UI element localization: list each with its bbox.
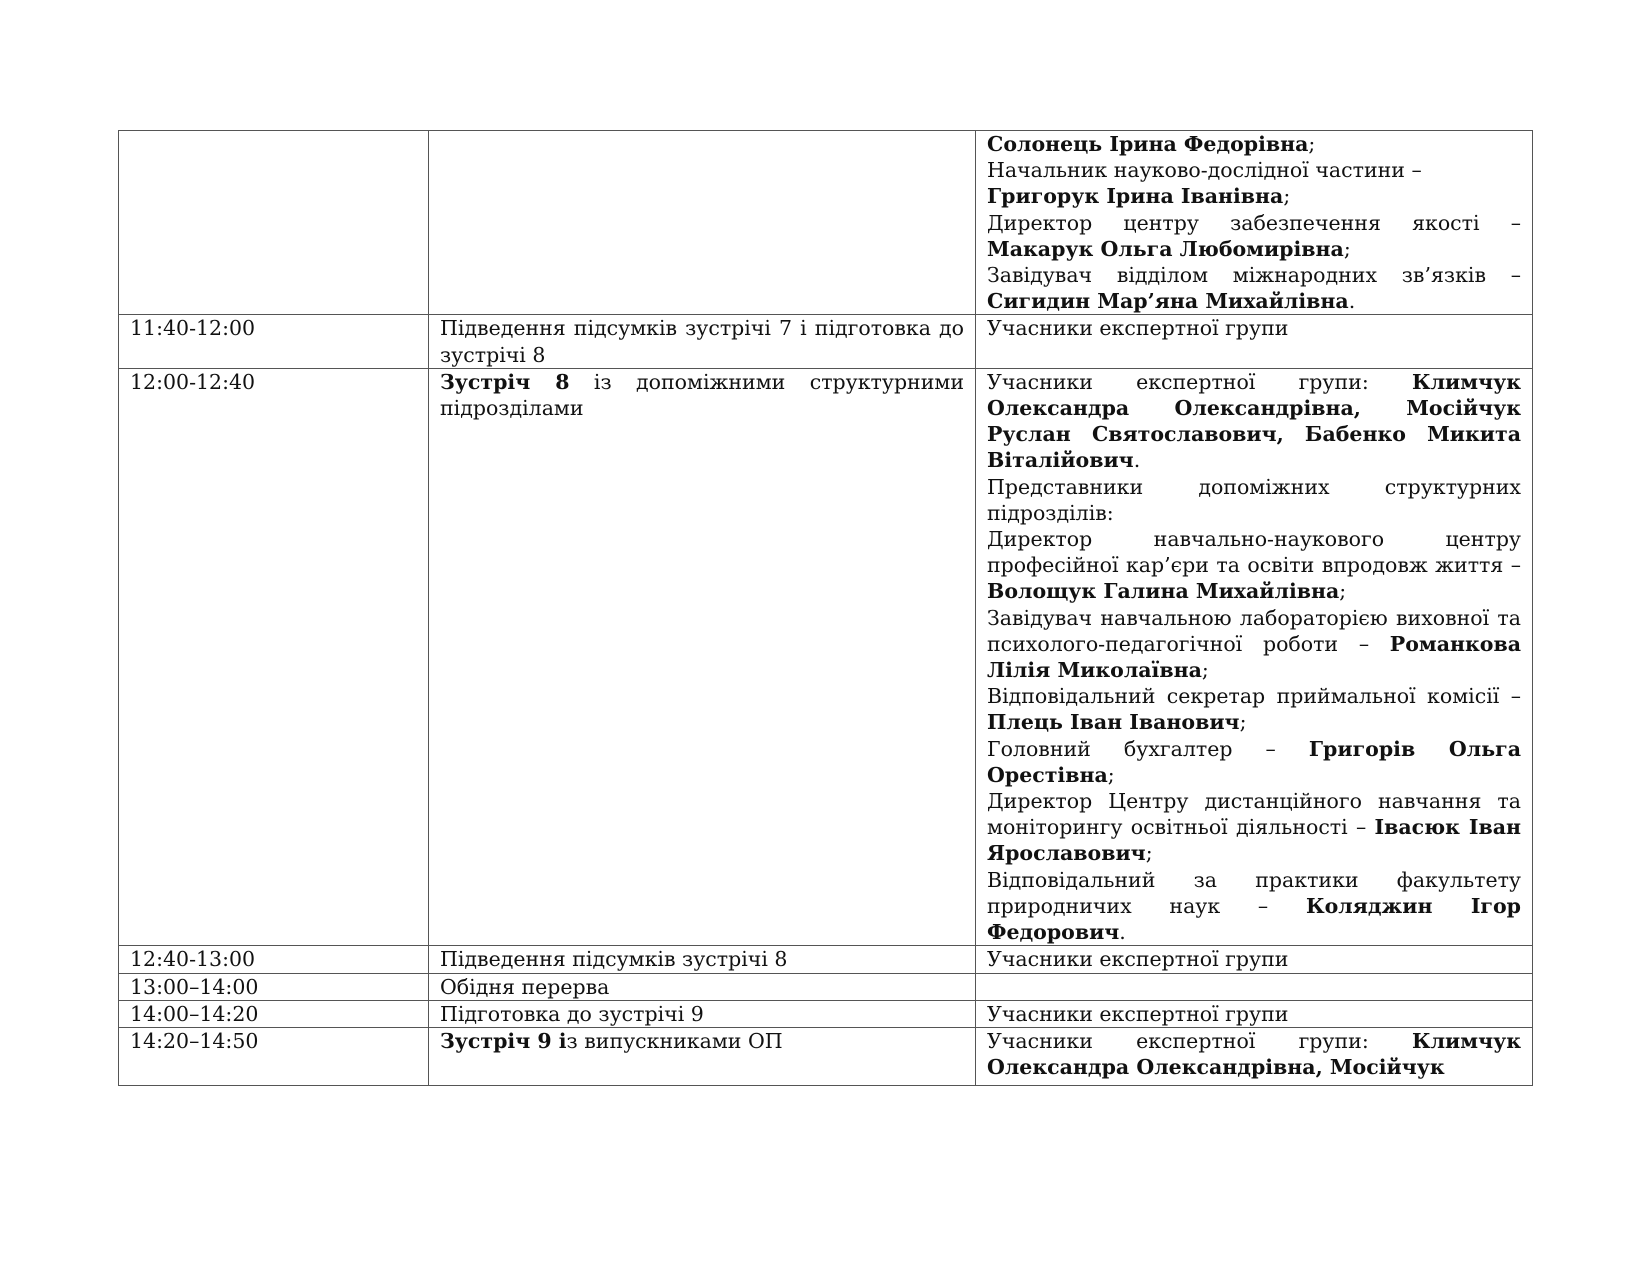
schedule-table: Солонець Ірина Федорівна;Начальник науко…: [118, 130, 1533, 1086]
time-text: 11:40-12:00: [130, 316, 255, 340]
participants-paragraph: Григорук Ірина Іванівна;: [987, 183, 1521, 209]
bold-name-text: Зустріч 9 і: [440, 1029, 567, 1053]
plain-text: Учасники експертної групи: [987, 316, 1288, 340]
participants-cell: Учасники експертної групи: [976, 946, 1533, 973]
participants-paragraph: Головний бухгалтер – Григорів Ольга Орес…: [987, 736, 1521, 788]
bold-name-text: Григорук Ірина Іванівна: [987, 184, 1283, 208]
time-text: 12:40-13:00: [130, 947, 255, 971]
activity-cell: Підведення підсумків зустрічі 7 і підгот…: [429, 315, 976, 368]
participants-cell: Учасники експертної групи: Климчук Олекс…: [976, 1027, 1533, 1085]
activity-paragraph: Обідня перерва: [440, 974, 964, 1000]
participants-paragraph: Директор Центру дистанційного навчання т…: [987, 788, 1521, 867]
activity-cell: Обідня перерва: [429, 973, 976, 1000]
document-page: Солонець Ірина Федорівна;Начальник науко…: [0, 0, 1650, 1275]
participants-paragraph: Учасники експертної групи: Климчук Олекс…: [987, 369, 1521, 474]
activity-paragraph: Зустріч 8 із допоміжними структурними пі…: [440, 369, 964, 421]
bold-name-text: Сигидин Мар’яна Михайлівна: [987, 289, 1349, 313]
table-row: 12:40-13:00Підведення підсумків зустрічі…: [119, 946, 1533, 973]
plain-text: ;: [1108, 763, 1115, 787]
plain-text: .: [1349, 289, 1356, 313]
participants-paragraph: Учасники експертної групи: [987, 1001, 1521, 1027]
participants-paragraph: Солонець Ірина Федорівна;: [987, 131, 1521, 157]
bold-name-text: Макарук Ольга Любомирівна: [987, 237, 1344, 261]
participants-paragraph: Учасники експертної групи: Климчук Олекс…: [987, 1028, 1521, 1080]
table-row: Солонець Ірина Федорівна;Начальник науко…: [119, 131, 1533, 315]
participants-cell: Солонець Ірина Федорівна;Начальник науко…: [976, 131, 1533, 315]
table-row: 11:40-12:00Підведення підсумків зустрічі…: [119, 315, 1533, 368]
activity-paragraph: Підведення підсумків зустрічі 7 і підгот…: [440, 315, 964, 367]
participants-paragraph: Директор навчально-наукового центру проф…: [987, 526, 1521, 605]
plain-text: Обідня перерва: [440, 975, 609, 999]
participants-paragraph: Завідувач навчальною лабораторією виховн…: [987, 605, 1521, 684]
plain-text: ;: [1339, 579, 1346, 603]
bold-name-text: Солонець Ірина Федорівна: [987, 132, 1308, 156]
bold-name-text: Зустріч 8: [440, 370, 570, 394]
activity-paragraph: Підведення підсумків зустрічі 8: [440, 946, 964, 972]
plain-text: Завідувач відділом міжнародних зв’язків …: [987, 263, 1521, 287]
time-cell: 14:20–14:50: [119, 1027, 429, 1085]
plain-text: .: [1134, 448, 1141, 472]
time-cell: 14:00–14:20: [119, 1000, 429, 1027]
participants-paragraph: Директор центру забезпечення якості – Ма…: [987, 210, 1521, 262]
plain-text: Директор навчально-наукового центру проф…: [987, 527, 1521, 577]
plain-text: з випускниками ОП: [567, 1029, 783, 1053]
plain-text: ;: [1240, 710, 1247, 734]
participants-paragraph: Представники допоміжних структурних підр…: [987, 474, 1521, 526]
participants-paragraph: Завідувач відділом міжнародних зв’язків …: [987, 262, 1521, 314]
time-text: 13:00–14:00: [130, 975, 258, 999]
plain-text: Учасники експертної групи:: [987, 1029, 1412, 1053]
time-cell: 12:40-13:00: [119, 946, 429, 973]
time-cell: 13:00–14:00: [119, 973, 429, 1000]
plain-text: Учасники експертної групи: [987, 947, 1288, 971]
plain-text: Начальник науково-дослідної частини –: [987, 158, 1422, 182]
plain-text: .: [1119, 920, 1126, 944]
participants-paragraph: Відповідальний секретар приймальної комі…: [987, 683, 1521, 735]
plain-text: Підведення підсумків зустрічі 7 і підгот…: [440, 316, 964, 366]
time-text: 14:20–14:50: [130, 1029, 258, 1053]
plain-text: ;: [1146, 841, 1153, 865]
table-row: 14:00–14:20Підготовка до зустрічі 9Учасн…: [119, 1000, 1533, 1027]
plain-text: ;: [1344, 237, 1351, 261]
participants-paragraph: Учасники експертної групи: [987, 946, 1521, 972]
table-row: 14:20–14:50Зустріч 9 із випускниками ОПУ…: [119, 1027, 1533, 1085]
plain-text: Учасники експертної групи:: [987, 370, 1412, 394]
activity-paragraph: Зустріч 9 із випускниками ОП: [440, 1028, 964, 1054]
participants-paragraph: Начальник науково-дослідної частини –: [987, 157, 1521, 183]
plain-text: ;: [1283, 184, 1290, 208]
activity-cell: Зустріч 8 із допоміжними структурними пі…: [429, 368, 976, 945]
participants-cell: Учасники експертної групи: [976, 315, 1533, 368]
participants-paragraph: Учасники експертної групи: [987, 315, 1521, 341]
activity-cell: [429, 131, 976, 315]
activity-cell: Підведення підсумків зустрічі 8: [429, 946, 976, 973]
participants-cell: [976, 973, 1533, 1000]
participants-paragraph: Відповідальний за практики факультету пр…: [987, 867, 1521, 946]
time-text: 14:00–14:20: [130, 1002, 258, 1026]
plain-text: Учасники експертної групи: [987, 1002, 1288, 1026]
plain-text: Представники допоміжних структурних підр…: [987, 475, 1521, 525]
activity-cell: Підготовка до зустрічі 9: [429, 1000, 976, 1027]
time-cell: 11:40-12:00: [119, 315, 429, 368]
plain-text: Підготовка до зустрічі 9: [440, 1002, 704, 1026]
time-cell: [119, 131, 429, 315]
plain-text: Головний бухгалтер –: [987, 737, 1309, 761]
activity-cell: Зустріч 9 із випускниками ОП: [429, 1027, 976, 1085]
bold-name-text: Волощук Галина Михайлівна: [987, 579, 1339, 603]
participants-cell: Учасники експертної групи: Климчук Олекс…: [976, 368, 1533, 945]
table-row: 12:00-12:40Зустріч 8 із допоміжними стру…: [119, 368, 1533, 945]
plain-text: ;: [1202, 658, 1209, 682]
participants-cell: Учасники експертної групи: [976, 1000, 1533, 1027]
bold-name-text: Плець Іван Іванович: [987, 710, 1240, 734]
schedule-body: Солонець Ірина Федорівна;Начальник науко…: [119, 131, 1533, 1086]
activity-paragraph: Підготовка до зустрічі 9: [440, 1001, 964, 1027]
plain-text: Відповідальний секретар приймальної комі…: [987, 684, 1521, 708]
table-row: 13:00–14:00Обідня перерва: [119, 973, 1533, 1000]
plain-text: ;: [1308, 132, 1315, 156]
time-cell: 12:00-12:40: [119, 368, 429, 945]
plain-text: Директор центру забезпечення якості –: [987, 211, 1521, 235]
plain-text: Підведення підсумків зустрічі 8: [440, 947, 787, 971]
time-text: 12:00-12:40: [130, 370, 255, 394]
